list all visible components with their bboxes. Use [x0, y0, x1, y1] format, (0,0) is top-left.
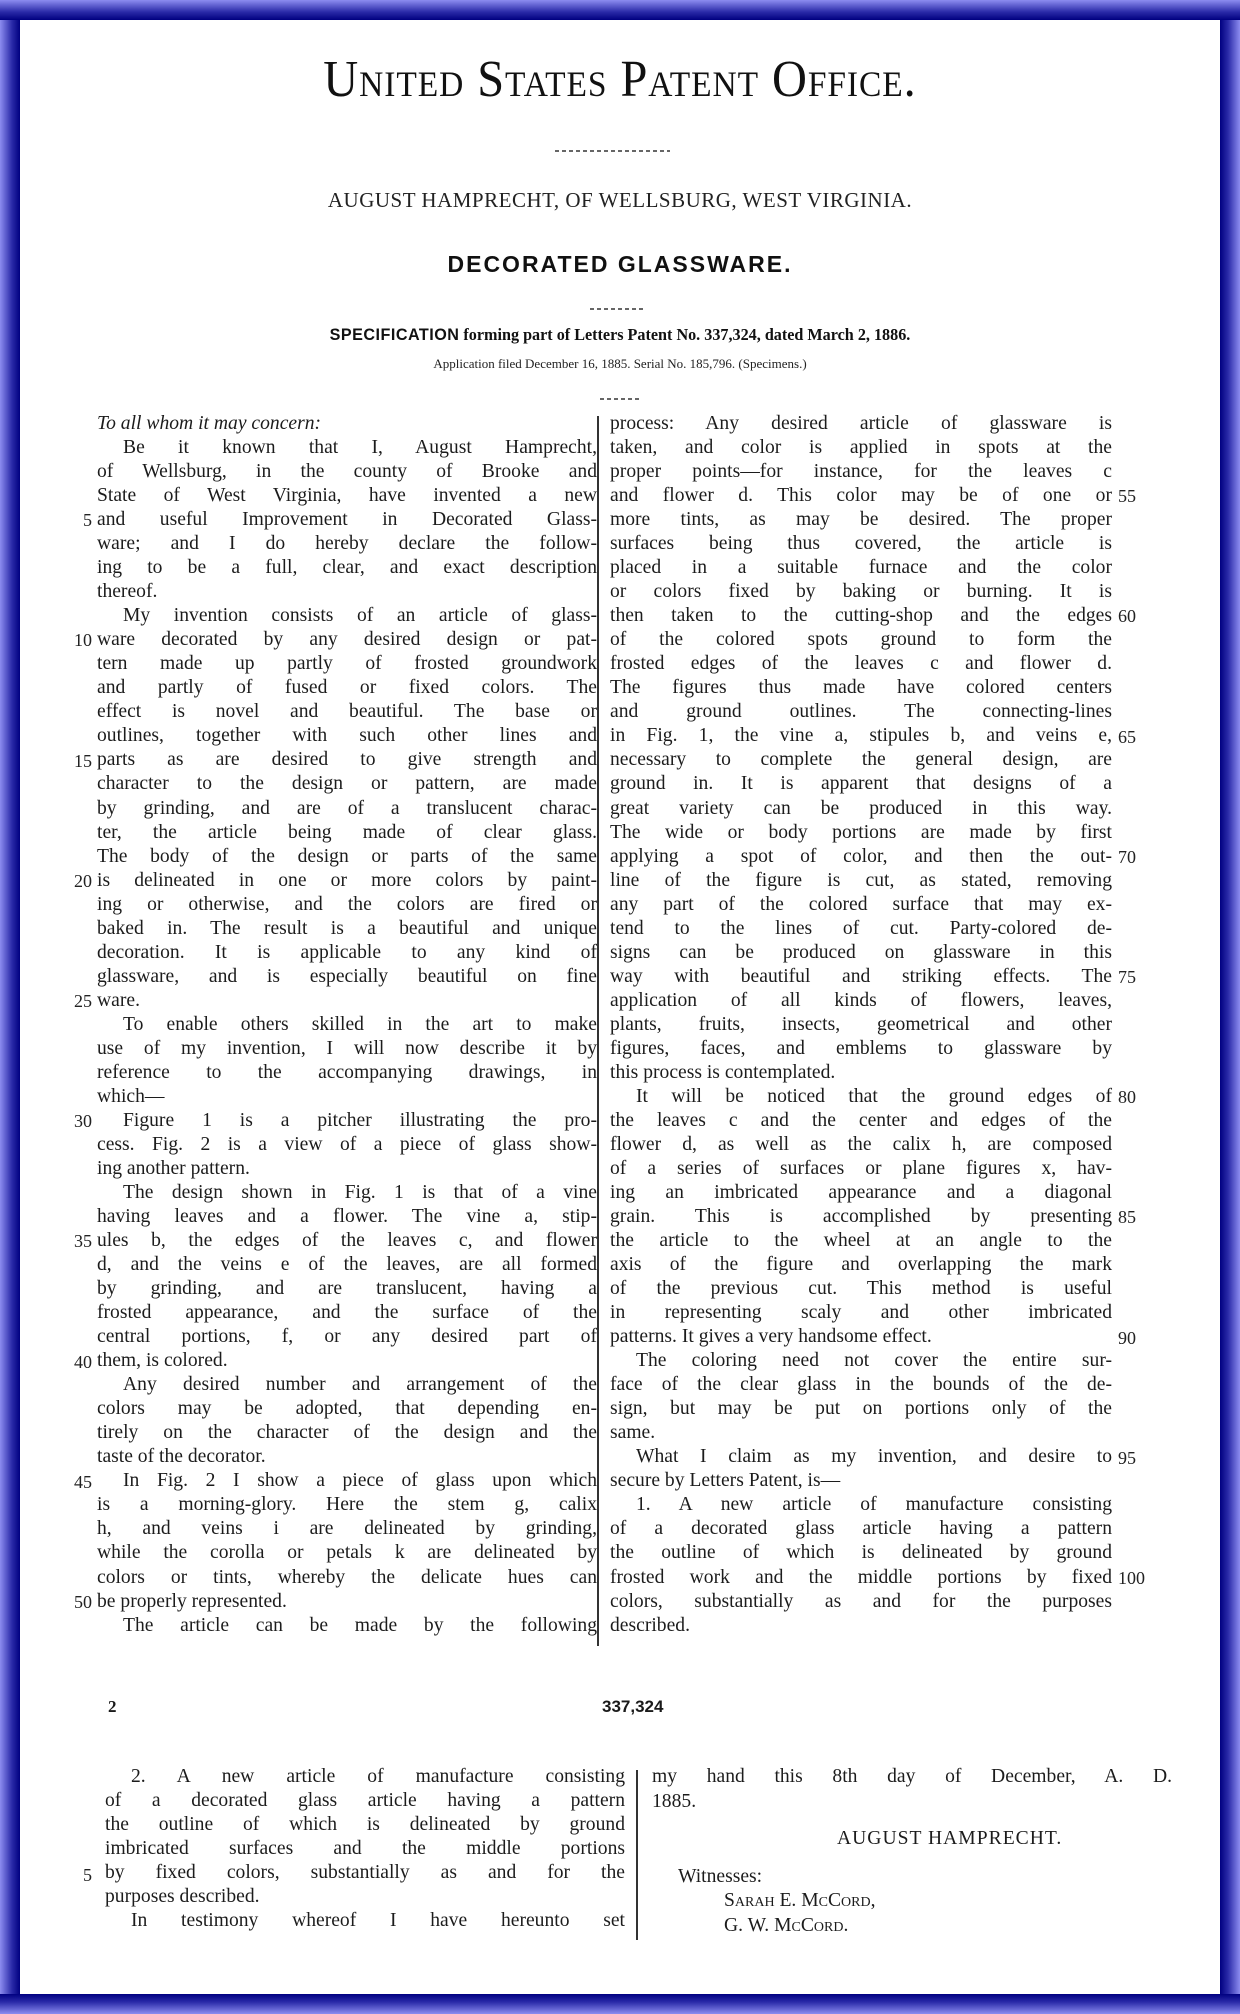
- text-line: is a morning-glory. Here the stem g, cal…: [97, 1493, 597, 1517]
- text-line: tern made up partly of frosted groundwor…: [97, 652, 597, 676]
- text-line: figures, faces, and emblems to glassware…: [610, 1037, 1112, 1061]
- text-line: by grinding, and are of a translucent ch…: [97, 797, 597, 821]
- text-line: To all whom it may concern:: [97, 412, 597, 436]
- text-line: by fixed colors, substantially as and fo…: [105, 1861, 625, 1885]
- line-number: 50: [62, 1592, 92, 1613]
- specification-text: forming part of Letters Patent No. 337,3…: [459, 325, 910, 344]
- text-line: sign, but may be put on portions only of…: [610, 1397, 1112, 1421]
- ornamental-rule: [600, 398, 640, 400]
- text-line: face of the clear glass in the bounds of…: [610, 1373, 1112, 1397]
- text-line: the article to the wheel at an angle to …: [610, 1229, 1112, 1253]
- text-line: of a series of surfaces or plane figures…: [610, 1157, 1112, 1181]
- text-line: State of West Virginia, have invented a …: [97, 484, 597, 508]
- line-number: 90: [1118, 1328, 1148, 1349]
- text-line: Be it known that I, August Hamprecht,: [97, 436, 597, 460]
- text-line: The figures thus made have colored cente…: [610, 676, 1112, 700]
- text-line: process: Any desired article of glasswar…: [610, 412, 1112, 436]
- text-line: effect is novel and beautiful. The base …: [97, 700, 597, 724]
- text-line: reference to the accompanying drawings, …: [97, 1061, 597, 1085]
- text-line: the outline of which is delineated by gr…: [105, 1813, 625, 1837]
- text-line: patterns. It gives a very handsome effec…: [610, 1325, 1112, 1349]
- text-line: which—: [97, 1085, 597, 1109]
- text-line: Any desired number and arrangement of th…: [97, 1373, 597, 1397]
- text-line: is delineated in one or more colors by p…: [97, 869, 597, 893]
- text-line: 1. A new article of manufacture consisti…: [610, 1493, 1112, 1517]
- text-line: in Fig. 1, the vine a, stipules b, and v…: [610, 724, 1112, 748]
- text-line: in representing scaly and other imbricat…: [610, 1301, 1112, 1325]
- text-line: taken, and color is applied in spots at …: [610, 436, 1112, 460]
- line-number: 95: [1118, 1448, 1148, 1469]
- text-line: then taken to the cutting-shop and the e…: [610, 604, 1112, 628]
- patent-number: 337,324: [602, 1697, 663, 1717]
- text-line: of a decorated glass article having a pa…: [105, 1789, 625, 1813]
- text-line: baked in. The result is a beautiful and …: [97, 917, 597, 941]
- line-number: 25: [62, 991, 92, 1012]
- text-line: signs can be produced on glassware in th…: [610, 941, 1112, 965]
- line-number: 15: [62, 751, 92, 772]
- inventor-signature: AUGUST HAMPRECHT.: [652, 1827, 1172, 1852]
- text-line: ground in. It is apparent that designs o…: [610, 772, 1112, 796]
- line-number: 40: [62, 1352, 92, 1373]
- text-line: while the corolla or petals k are deline…: [97, 1541, 597, 1565]
- text-line: decoration. It is applicable to any kind…: [97, 941, 597, 965]
- witness-2: G. W. McCord.: [652, 1914, 1172, 1939]
- text-line: use of my invention, I will now describe…: [97, 1037, 597, 1061]
- witness-1: Sarah E. McCord,: [652, 1889, 1172, 1914]
- line-number: 80: [1118, 1087, 1148, 1108]
- line-number: 70: [1118, 847, 1148, 868]
- text-line: line of the figure is cut, as stated, re…: [610, 869, 1112, 893]
- text-line: What I claim as my invention, and desire…: [610, 1445, 1112, 1469]
- text-line: the leaves c and the center and edges of…: [610, 1109, 1112, 1133]
- inventor-line: AUGUST HAMPRECHT, OF WELLSBURG, WEST VIR…: [0, 188, 1240, 213]
- text-line: necessary to complete the general design…: [610, 748, 1112, 772]
- page2-right-column: my hand this 8th day of December, A. D. …: [652, 1765, 1172, 1939]
- text-line: great variety can be produced in this wa…: [610, 797, 1112, 821]
- page2-left-column: 2. A new article of manufacture consisti…: [105, 1765, 625, 1933]
- line-number: 35: [62, 1231, 92, 1252]
- text-line: outlines, together with such other lines…: [97, 724, 597, 748]
- text-line: In Fig. 2 I show a piece of glass upon w…: [97, 1469, 597, 1493]
- text-line: frosted work and the middle portions by …: [610, 1566, 1112, 1590]
- text-line: The article can be made by the following: [97, 1614, 597, 1638]
- text-line: them, is colored.: [97, 1349, 597, 1373]
- text-line: ing another pattern.: [97, 1157, 597, 1181]
- text-line: colors, substantially as and for the pur…: [610, 1590, 1112, 1614]
- text-line: ware decorated by any desired design or …: [97, 628, 597, 652]
- invention-subject: DECORATED GLASSWARE.: [0, 251, 1240, 278]
- line-number: 100: [1118, 1568, 1148, 1589]
- text-line: and flower d. This color may be of one o…: [610, 484, 1112, 508]
- text-line: thereof.: [97, 580, 597, 604]
- text-line: colors or tints, whereby the delicate hu…: [97, 1566, 597, 1590]
- text-line: of Wellsburg, in the county of Brooke an…: [97, 460, 597, 484]
- text-line: frosted appearance, and the surface of t…: [97, 1301, 597, 1325]
- text-line: The coloring need not cover the entire s…: [610, 1349, 1112, 1373]
- text-line: of the colored spots ground to form the: [610, 628, 1112, 652]
- text-line: parts as are desired to give strength an…: [97, 748, 597, 772]
- page2-column-divider: [636, 1770, 638, 1940]
- text-line: ing an imbricated appearance and a diago…: [610, 1181, 1112, 1205]
- text-line: imbricated surfaces and the middle porti…: [105, 1837, 625, 1861]
- line-number: 10: [62, 630, 92, 651]
- text-line: purposes described.: [105, 1885, 625, 1909]
- text-line: any part of the colored surface that may…: [610, 893, 1112, 917]
- text-line: grain. This is accomplished by presentin…: [610, 1205, 1112, 1229]
- text-line: In testimony whereof I have hereunto set: [105, 1909, 625, 1933]
- line-number: 5: [62, 1865, 92, 1886]
- testimony-year: 1885.: [652, 1790, 1172, 1815]
- text-line: It will be noticed that the ground edges…: [610, 1085, 1112, 1109]
- line-number: 45: [62, 1472, 92, 1493]
- testimony-continuation: my hand this 8th day of December, A. D.: [652, 1765, 1172, 1790]
- line-number: 75: [1118, 967, 1148, 988]
- text-line: surfaces being thus covered, the article…: [610, 532, 1112, 556]
- text-line: character to the design or pattern, are …: [97, 772, 597, 796]
- text-line: described.: [610, 1614, 1112, 1638]
- specification-label: SPECIFICATION: [330, 325, 460, 344]
- text-line: h, and veins i are delineated by grindin…: [97, 1517, 597, 1541]
- line-number: 20: [62, 871, 92, 892]
- text-line: The body of the design or parts of the s…: [97, 845, 597, 869]
- text-line: d, and the veins e of the leaves, are al…: [97, 1253, 597, 1277]
- text-line: To enable others skilled in the art to m…: [97, 1013, 597, 1037]
- left-text-column: To all whom it may concern:Be it known t…: [97, 412, 597, 1638]
- text-line: application of all kinds of flowers, lea…: [610, 989, 1112, 1013]
- line-number: 30: [62, 1111, 92, 1132]
- right-text-column: process: Any desired article of glasswar…: [610, 412, 1112, 1638]
- text-line: ules b, the edges of the leaves c, and f…: [97, 1229, 597, 1253]
- text-line: placed in a suitable furnace and the col…: [610, 556, 1112, 580]
- text-line: ing or otherwise, and the colors are fir…: [97, 893, 597, 917]
- text-line: more tints, as may be desired. The prope…: [610, 508, 1112, 532]
- text-line: Figure 1 is a pitcher illustrating the p…: [97, 1109, 597, 1133]
- text-line: be properly represented.: [97, 1590, 597, 1614]
- text-line: taste of the decorator.: [97, 1445, 597, 1469]
- specification-line: SPECIFICATION forming part of Letters Pa…: [31, 325, 1209, 345]
- ornamental-rule: [590, 308, 645, 310]
- text-line: My invention consists of an article of g…: [97, 604, 597, 628]
- text-line: The wide or body portions are made by fi…: [610, 821, 1112, 845]
- text-line: the outline of which is delineated by gr…: [610, 1541, 1112, 1565]
- text-line: 2. A new article of manufacture consisti…: [105, 1765, 625, 1789]
- ornamental-rule: [555, 150, 670, 152]
- text-line: ware; and I do hereby declare the follow…: [97, 532, 597, 556]
- text-line: ter, the article being made of clear gla…: [97, 821, 597, 845]
- text-line: central portions, f, or any desired part…: [97, 1325, 597, 1349]
- text-line: and ground outlines. The connecting-line…: [610, 700, 1112, 724]
- text-line: proper points—for instance, for the leav…: [610, 460, 1112, 484]
- text-line: plants, fruits, insects, geometrical and…: [610, 1013, 1112, 1037]
- line-number: 5: [62, 510, 92, 531]
- witnesses-label: Witnesses:: [652, 1865, 1172, 1890]
- text-line: or colors fixed by baking or burning. It…: [610, 580, 1112, 604]
- text-line: having leaves and a flower. The vine a, …: [97, 1205, 597, 1229]
- text-line: of the previous cut. This method is usef…: [610, 1277, 1112, 1301]
- text-line: ing to be a full, clear, and exact descr…: [97, 556, 597, 580]
- text-line: axis of the figure and overlapping the m…: [610, 1253, 1112, 1277]
- line-number: 60: [1118, 606, 1148, 627]
- text-line: of a decorated glass article having a pa…: [610, 1517, 1112, 1541]
- text-line: flower d, as well as the calix h, are co…: [610, 1133, 1112, 1157]
- text-line: glassware, and is especially beautiful o…: [97, 965, 597, 989]
- text-line: this process is contemplated.: [610, 1061, 1112, 1085]
- line-number: 65: [1118, 727, 1148, 748]
- text-line: The design shown in Fig. 1 is that of a …: [97, 1181, 597, 1205]
- text-line: way with beautiful and striking effects.…: [610, 965, 1112, 989]
- text-line: and partly of fused or fixed colors. The: [97, 676, 597, 700]
- text-line: frosted edges of the leaves c and flower…: [610, 652, 1112, 676]
- text-line: ware.: [97, 989, 597, 1013]
- text-line: by grinding, and are translucent, having…: [97, 1277, 597, 1301]
- page-number: 2: [108, 1697, 117, 1717]
- line-number: 85: [1118, 1207, 1148, 1228]
- text-line: colors may be adopted, that depending en…: [97, 1397, 597, 1421]
- text-line: and useful Improvement in Decorated Glas…: [97, 508, 597, 532]
- office-title: United States Patent Office.: [43, 50, 1196, 109]
- text-line: cess. Fig. 2 is a view of a piece of gla…: [97, 1133, 597, 1157]
- line-number: 55: [1118, 486, 1148, 507]
- text-line: same.: [610, 1421, 1112, 1445]
- text-line: tend to the lines of cut. Party-colored …: [610, 917, 1112, 941]
- text-line: tirely on the character of the design an…: [97, 1421, 597, 1445]
- text-line: applying a spot of color, and then the o…: [610, 845, 1112, 869]
- application-line: Application filed December 16, 1885. Ser…: [0, 356, 1240, 372]
- text-line: secure by Letters Patent, is—: [610, 1469, 1112, 1493]
- column-divider: [597, 416, 599, 1646]
